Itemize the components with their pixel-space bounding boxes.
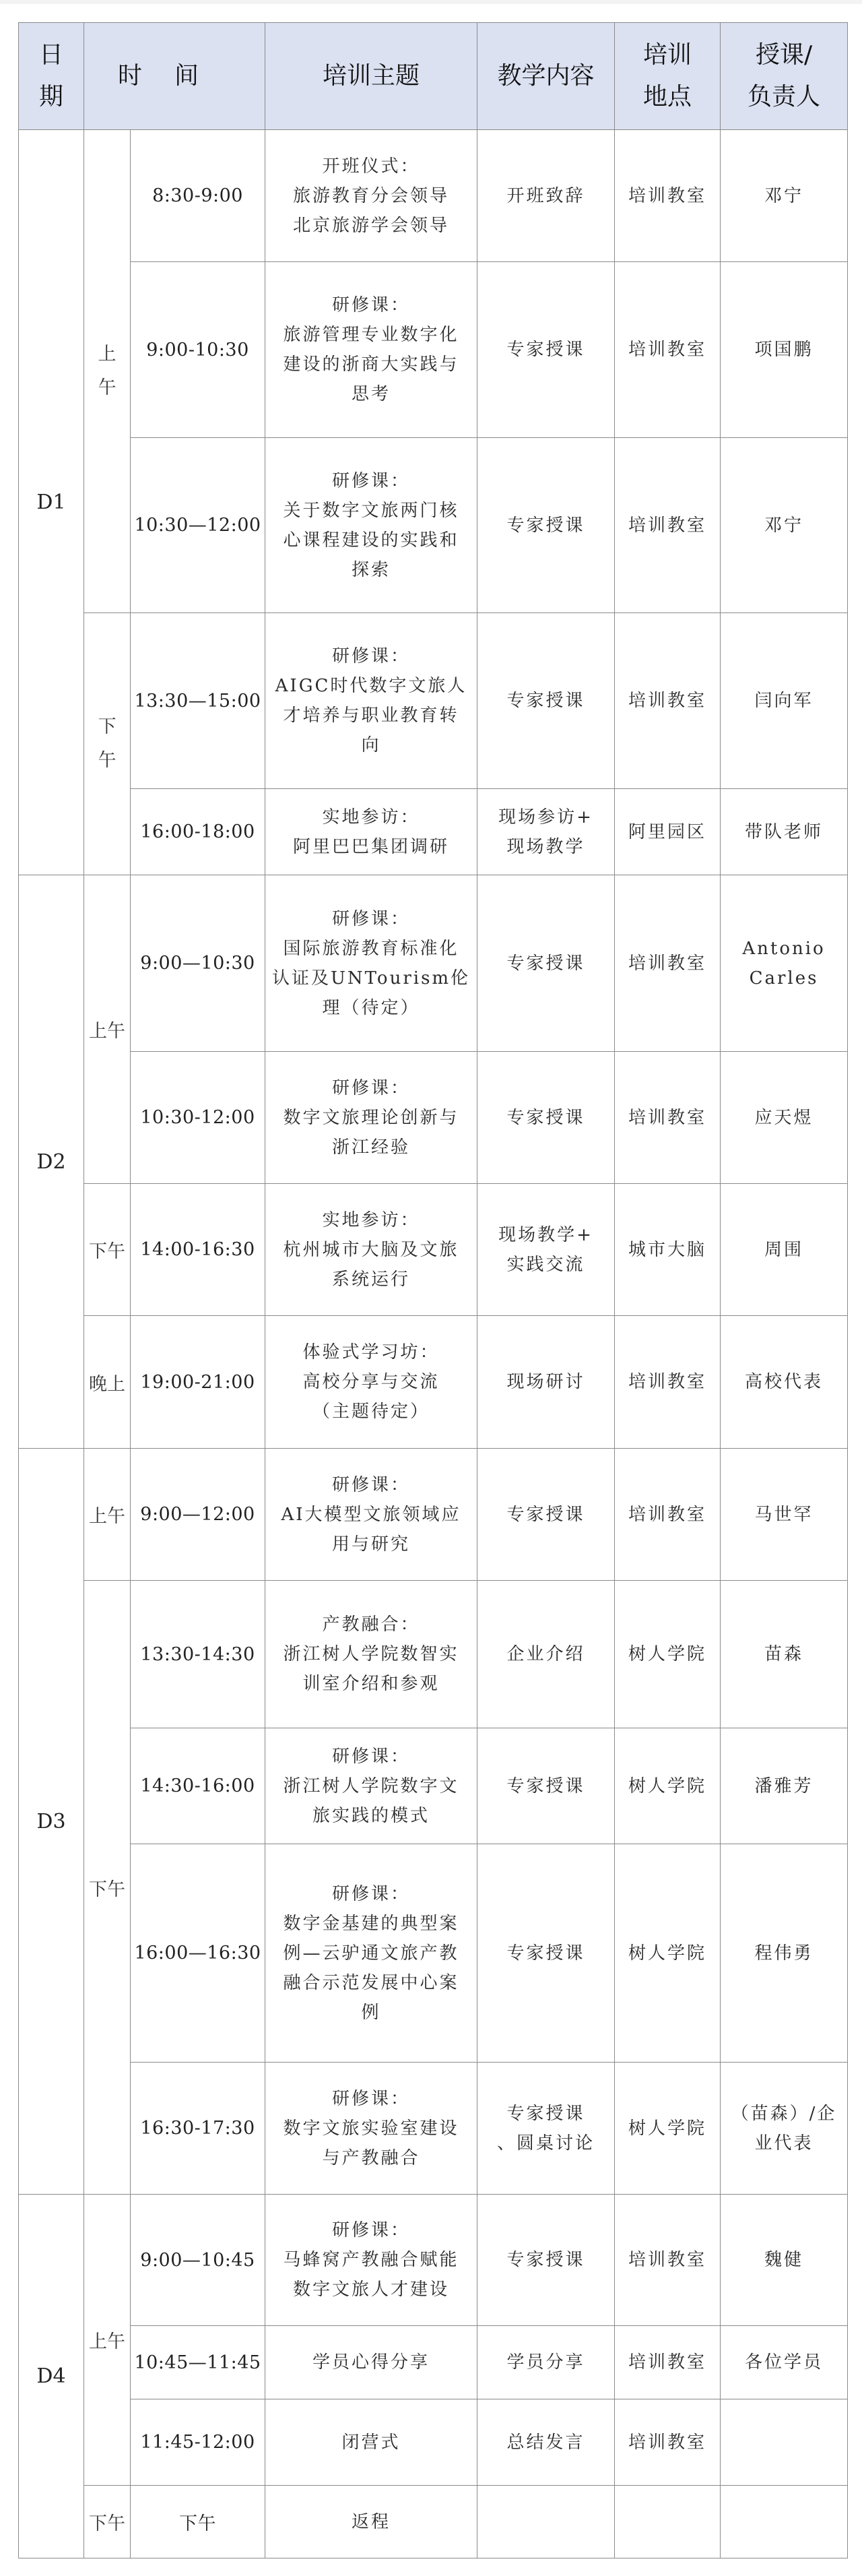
location-cell: 培训教室 <box>615 875 721 1052</box>
topic-cell: 体验式学习坊：高校分享与交流（主题待定） <box>265 1316 477 1449</box>
period-label: 上午 <box>84 2327 130 2353</box>
person-cell: 邓宁 <box>721 438 848 613</box>
person-line: 项国鹏 <box>721 335 847 365</box>
topic-line: 浙江经验 <box>265 1133 477 1162</box>
topic-line: AI大模型文旅领域应 <box>265 1500 477 1530</box>
topic-line: 研修课： <box>265 1073 477 1103</box>
content-cell: 专家授课 <box>477 613 615 789</box>
person-cell: 程伟勇 <box>721 1844 848 2063</box>
location-cell: 培训教室 <box>615 613 721 789</box>
location-line: 树人学院 <box>615 1771 720 1801</box>
time-cell: 10:45—11:45 <box>131 2326 265 2399</box>
topic-line: 开班仪式： <box>265 152 477 181</box>
topic-cell: 研修课：AIGC时代数字文旅人才培养与职业教育转向 <box>265 613 477 789</box>
content-line: 专家授课 <box>477 511 614 540</box>
location-line: 城市大脑 <box>615 1235 720 1265</box>
location-cell: 培训教室 <box>615 262 721 438</box>
table-row: 10:30—12:00研修课：关于数字文旅两门核心课程建设的实践和探索专家授课培… <box>19 438 848 613</box>
location-cell: 培训教室 <box>615 1052 721 1184</box>
topic-line: 研修课： <box>265 290 477 320</box>
table-row: D2上午9:00—10:30研修课：国际旅游教育标准化认证及UNTourism伦… <box>19 875 848 1052</box>
topic-line: 产教融合： <box>265 1610 477 1639</box>
content-cell: 现场参访+现场教学 <box>477 789 615 875</box>
table-row: D4上午9:00—10:45研修课：马蜂窝产教融合赋能数字文旅人才建设专家授课培… <box>19 2195 848 2326</box>
period-cell: 晚上 <box>84 1316 131 1449</box>
table-row: D1上午8:30-9:00开班仪式：旅游教育分会领导北京旅游学会领导开班致辞培训… <box>19 130 848 262</box>
header-row: 日 期 时间 培训主题 教学内容 培训 地点 授课/ 负责人 <box>19 23 848 130</box>
table-row: 10:45—11:45学员心得分享学员分享培训教室各位学员 <box>19 2326 848 2399</box>
topic-line: 系统运行 <box>265 1265 477 1294</box>
table-row: 10:30-12:00研修课：数字文旅理论创新与浙江经验专家授课培训教室应天煜 <box>19 1052 848 1184</box>
table-row: 下午14:00-16:30实地参访：杭州城市大脑及文旅系统运行现场教学+实践交流… <box>19 1184 848 1316</box>
table-row: 16:00—16:30研修课：数字金基建的典型案例—云驴通文旅产教融合示范发展中… <box>19 1844 848 2063</box>
content-line: 总结发言 <box>477 2428 614 2457</box>
table-row: D3上午9:00—12:00研修课：AI大模型文旅领域应用与研究专家授课培训教室… <box>19 1449 848 1581</box>
location-cell: 培训教室 <box>615 438 721 613</box>
content-line: 专家授课 <box>477 1771 614 1801</box>
content-cell: 专家授课 <box>477 1052 615 1184</box>
topic-line: 数字文旅理论创新与 <box>265 1103 477 1133</box>
table-row: 晚上19:00-21:00体验式学习坊：高校分享与交流（主题待定）现场研讨培训教… <box>19 1316 848 1449</box>
table-body: D1上午8:30-9:00开班仪式：旅游教育分会领导北京旅游学会领导开班致辞培训… <box>19 130 848 2558</box>
location-line: 培训教室 <box>615 686 720 716</box>
content-line: 企业介绍 <box>477 1639 614 1669</box>
person-line: Carles <box>721 964 847 993</box>
topic-cell: 研修课：马蜂窝产教融合赋能数字文旅人才建设 <box>265 2195 477 2326</box>
location-line: 树人学院 <box>615 1639 720 1669</box>
content-line: 专家授课 <box>477 2099 614 2129</box>
location-line: 培训教室 <box>615 949 720 978</box>
day-cell: D2 <box>19 875 84 1449</box>
topic-line: 浙江树人学院数字文 <box>265 1771 477 1801</box>
location-cell <box>615 2486 721 2558</box>
time-cell: 16:30-17:30 <box>131 2063 265 2195</box>
period-cell: 下午 <box>84 613 131 875</box>
content-cell: 专家授课 <box>477 262 615 438</box>
topic-cell: 研修课：数字文旅实验室建设与产教融合 <box>265 2063 477 2195</box>
location-line: 培训教室 <box>615 2348 720 2377</box>
location-line: 培训教室 <box>615 1367 720 1397</box>
period-label: 午 <box>84 371 130 405</box>
person-line: 各位学员 <box>721 2348 847 2377</box>
period-cell: 上午 <box>84 1449 131 1581</box>
topic-line: 研修课： <box>265 1742 477 1771</box>
location-cell: 培训教室 <box>615 1316 721 1449</box>
content-line: 专家授课 <box>477 1939 614 1968</box>
header-date-line: 日 <box>39 34 63 76</box>
header-person-line: 授课/ <box>748 34 820 76</box>
content-cell: 专家授课、圆桌讨论 <box>477 2063 615 2195</box>
topic-line: 北京旅游学会领导 <box>265 211 477 241</box>
topic-line: 数字文旅实验室建设 <box>265 2114 477 2143</box>
person-line: 邓宁 <box>721 181 847 211</box>
time-cell: 9:00—10:30 <box>131 875 265 1052</box>
person-line: 应天煜 <box>721 1103 847 1133</box>
topic-line: 关于数字文旅两门核 <box>265 496 477 526</box>
training-schedule-table: 日 期 时间 培训主题 教学内容 培训 地点 授课/ 负责人 D1上午8:30-… <box>18 22 848 2558</box>
location-line: 培训教室 <box>615 1103 720 1133</box>
topic-cell: 产教融合：浙江树人学院数智实训室介绍和参观 <box>265 1581 477 1728</box>
topic-line: 数字金基建的典型案 <box>265 1909 477 1939</box>
topic-line: 浙江树人学院数智实 <box>265 1639 477 1669</box>
person-cell: 高校代表 <box>721 1316 848 1449</box>
topic-line: 体验式学习坊： <box>265 1338 477 1367</box>
topic-line: 例 <box>265 1998 477 2028</box>
topic-line: 学员心得分享 <box>265 2348 477 2377</box>
location-line: 培训教室 <box>615 335 720 365</box>
content-cell: 现场教学+实践交流 <box>477 1184 615 1316</box>
location-cell: 树人学院 <box>615 1728 721 1844</box>
time-cell: 19:00-21:00 <box>131 1316 265 1449</box>
time-cell: 10:30—12:00 <box>131 438 265 613</box>
person-cell: 魏健 <box>721 2195 848 2326</box>
person-line: 闫向军 <box>721 686 847 716</box>
person-cell <box>721 2486 848 2558</box>
header-person-line: 负责人 <box>748 76 820 118</box>
person-line: 周围 <box>721 1235 847 1265</box>
person-cell: 应天煜 <box>721 1052 848 1184</box>
header-date: 日 期 <box>19 23 84 130</box>
topic-cell: 研修课：浙江树人学院数字文旅实践的模式 <box>265 1728 477 1844</box>
table-row: 下午13:30-14:30产教融合：浙江树人学院数智实训室介绍和参观企业介绍树人… <box>19 1581 848 1728</box>
topic-cell: 研修课：关于数字文旅两门核心课程建设的实践和探索 <box>265 438 477 613</box>
person-line: 邓宁 <box>721 511 847 540</box>
location-cell: 培训教室 <box>615 2399 721 2486</box>
table-row: 16:00-18:00实地参访：阿里巴巴集团调研现场参访+现场教学阿里园区带队老… <box>19 789 848 875</box>
topic-line: 研修课： <box>265 2216 477 2245</box>
topic-line: 旅游教育分会领导 <box>265 181 477 211</box>
location-cell: 培训教室 <box>615 1449 721 1581</box>
content-cell: 企业介绍 <box>477 1581 615 1728</box>
person-line: 苗森 <box>721 1639 847 1669</box>
topic-line: 国际旅游教育标准化 <box>265 934 477 964</box>
top-edge-strip <box>0 0 862 4</box>
table-row: 下午13:30—15:00研修课：AIGC时代数字文旅人才培养与职业教育转向专家… <box>19 613 848 789</box>
topic-line: AIGC时代数字文旅人 <box>265 671 477 701</box>
content-line: 现场参访+ <box>477 803 614 832</box>
period-cell: 下午 <box>84 1581 131 2195</box>
day-cell: D4 <box>19 2195 84 2558</box>
period-cell: 下午 <box>84 2486 131 2558</box>
table-row: 9:00-10:30研修课：旅游管理专业数字化建设的浙商大实践与思考专家授课培训… <box>19 262 848 438</box>
content-line: 专家授课 <box>477 335 614 365</box>
topic-cell: 研修课：数字金基建的典型案例—云驴通文旅产教融合示范发展中心案例 <box>265 1844 477 2063</box>
period-label: 下 <box>84 710 130 744</box>
topic-line: 旅实践的模式 <box>265 1801 477 1831</box>
period-label: 下午 <box>84 1875 130 1901</box>
topic-line: 研修课： <box>265 641 477 671</box>
content-line: 、圆桌讨论 <box>477 2129 614 2158</box>
person-cell: 各位学员 <box>721 2326 848 2399</box>
topic-line: （主题待定） <box>265 1397 477 1426</box>
person-line: 马世罕 <box>721 1500 847 1530</box>
person-cell: 潘雅芳 <box>721 1728 848 1844</box>
content-line: 开班致辞 <box>477 181 614 211</box>
person-line: 魏健 <box>721 2245 847 2275</box>
topic-cell: 闭营式 <box>265 2399 477 2486</box>
topic-line: 杭州城市大脑及文旅 <box>265 1235 477 1265</box>
person-cell: 苗森 <box>721 1581 848 1728</box>
location-cell: 城市大脑 <box>615 1184 721 1316</box>
person-line: （苗森）/企 <box>721 2099 847 2129</box>
person-cell: 带队老师 <box>721 789 848 875</box>
period-label: 上午 <box>84 1016 130 1042</box>
topic-line: 研修课： <box>265 904 477 934</box>
location-line: 培训教室 <box>615 511 720 540</box>
topic-line: 理（待定） <box>265 993 477 1023</box>
topic-cell: 研修课：AI大模型文旅领域应用与研究 <box>265 1449 477 1581</box>
content-cell: 专家授课 <box>477 875 615 1052</box>
topic-line: 研修课： <box>265 2084 477 2114</box>
topic-line: 向 <box>265 730 477 760</box>
time-cell: 8:30-9:00 <box>131 130 265 262</box>
topic-line: 才培养与职业教育转 <box>265 701 477 730</box>
topic-line: 闭营式 <box>265 2428 477 2457</box>
table-row: 下午下午返程 <box>19 2486 848 2558</box>
person-cell: 闫向军 <box>721 613 848 789</box>
content-line: 专家授课 <box>477 1500 614 1530</box>
time-cell: 11:45-12:00 <box>131 2399 265 2486</box>
table-row: 16:30-17:30研修课：数字文旅实验室建设与产教融合专家授课、圆桌讨论树人… <box>19 2063 848 2195</box>
time-cell: 下午 <box>131 2486 265 2558</box>
header-location-line: 培训 <box>643 34 692 76</box>
content-cell: 专家授课 <box>477 1728 615 1844</box>
header-location: 培训 地点 <box>615 23 721 130</box>
time-cell: 13:30—15:00 <box>131 613 265 789</box>
location-line: 培训教室 <box>615 2245 720 2275</box>
topic-line: 探索 <box>265 555 477 585</box>
period-cell: 上午 <box>84 2195 131 2486</box>
location-cell: 树人学院 <box>615 1844 721 2063</box>
person-cell: 邓宁 <box>721 130 848 262</box>
person-cell: 马世罕 <box>721 1449 848 1581</box>
topic-line: 数字文旅人才建设 <box>265 2275 477 2304</box>
content-line: 专家授课 <box>477 949 614 978</box>
period-cell: 上午 <box>84 130 131 613</box>
period-label: 上 <box>84 338 130 371</box>
period-label: 下午 <box>84 1236 130 1263</box>
location-line: 树人学院 <box>615 2114 720 2143</box>
topic-cell: 实地参访：阿里巴巴集团调研 <box>265 789 477 875</box>
topic-line: 训室介绍和参观 <box>265 1669 477 1699</box>
topic-line: 融合示范发展中心案 <box>265 1968 477 1998</box>
time-cell: 10:30-12:00 <box>131 1052 265 1184</box>
content-line: 现场研讨 <box>477 1367 614 1397</box>
period-label: 午 <box>84 744 130 778</box>
person-line: Antonio <box>721 934 847 964</box>
topic-line: 建设的浙商大实践与 <box>265 350 477 379</box>
time-cell: 9:00—12:00 <box>131 1449 265 1581</box>
content-cell: 专家授课 <box>477 1844 615 2063</box>
header-topic: 培训主题 <box>265 23 477 130</box>
header-location-line: 地点 <box>643 76 692 118</box>
location-cell: 树人学院 <box>615 2063 721 2195</box>
location-line: 培训教室 <box>615 2428 720 2457</box>
time-cell: 16:00-18:00 <box>131 789 265 875</box>
topic-line: 心课程建设的实践和 <box>265 526 477 555</box>
time-cell: 14:30-16:00 <box>131 1728 265 1844</box>
period-label: 下午 <box>84 2509 130 2535</box>
topic-line: 认证及UNTourism伦 <box>265 964 477 993</box>
time-cell: 14:00-16:30 <box>131 1184 265 1316</box>
header-date-line: 期 <box>39 76 63 118</box>
content-cell: 现场研讨 <box>477 1316 615 1449</box>
period-label: 上午 <box>84 1501 130 1528</box>
time-cell: 9:00—10:45 <box>131 2195 265 2326</box>
time-cell: 16:00—16:30 <box>131 1844 265 2063</box>
topic-line: 旅游管理专业数字化 <box>265 320 477 350</box>
content-line: 专家授课 <box>477 686 614 716</box>
person-line: 潘雅芳 <box>721 1771 847 1801</box>
topic-line: 实地参访： <box>265 803 477 832</box>
person-line: 程伟勇 <box>721 1939 847 1968</box>
location-line: 培训教室 <box>615 181 720 211</box>
topic-cell: 研修课：国际旅游教育标准化认证及UNTourism伦理（待定） <box>265 875 477 1052</box>
topic-line: 例—云驴通文旅产教 <box>265 1939 477 1968</box>
content-line: 学员分享 <box>477 2348 614 2377</box>
topic-line: 用与研究 <box>265 1530 477 1559</box>
content-line: 实践交流 <box>477 1250 614 1280</box>
topic-line: 研修课： <box>265 1879 477 1909</box>
content-line: 专家授课 <box>477 1103 614 1133</box>
content-cell: 开班致辞 <box>477 130 615 262</box>
day-cell: D3 <box>19 1449 84 2195</box>
person-cell <box>721 2399 848 2486</box>
header-time: 时间 <box>84 23 265 130</box>
person-line: 高校代表 <box>721 1367 847 1397</box>
location-line: 阿里园区 <box>615 817 720 847</box>
header-content: 教学内容 <box>477 23 615 130</box>
person-line: 带队老师 <box>721 817 847 847</box>
location-cell: 培训教室 <box>615 130 721 262</box>
content-cell: 总结发言 <box>477 2399 615 2486</box>
table-header: 日 期 时间 培训主题 教学内容 培训 地点 授课/ 负责人 <box>19 23 848 130</box>
content-line: 专家授课 <box>477 2245 614 2275</box>
topic-line: 研修课： <box>265 1470 477 1500</box>
location-line: 培训教室 <box>615 1500 720 1530</box>
person-cell: 周围 <box>721 1184 848 1316</box>
time-cell: 9:00-10:30 <box>131 262 265 438</box>
time-cell: 13:30-14:30 <box>131 1581 265 1728</box>
person-cell: AntonioCarles <box>721 875 848 1052</box>
topic-cell: 开班仪式：旅游教育分会领导北京旅游学会领导 <box>265 130 477 262</box>
topic-line: 实地参访： <box>265 1205 477 1235</box>
topic-cell: 返程 <box>265 2486 477 2558</box>
header-person: 授课/ 负责人 <box>721 23 848 130</box>
topic-line: 与产教融合 <box>265 2143 477 2173</box>
period-label: 晚上 <box>84 1369 130 1395</box>
location-cell: 培训教室 <box>615 2326 721 2399</box>
location-line: 树人学院 <box>615 1939 720 1968</box>
topic-line: 高校分享与交流 <box>265 1367 477 1397</box>
content-cell: 专家授课 <box>477 2195 615 2326</box>
topic-cell: 研修课：旅游管理专业数字化建设的浙商大实践与思考 <box>265 262 477 438</box>
person-line: 业代表 <box>721 2129 847 2158</box>
topic-cell: 学员心得分享 <box>265 2326 477 2399</box>
topic-line: 思考 <box>265 379 477 409</box>
content-cell: 学员分享 <box>477 2326 615 2399</box>
person-cell: （苗森）/企业代表 <box>721 2063 848 2195</box>
content-cell: 专家授课 <box>477 1449 615 1581</box>
location-cell: 阿里园区 <box>615 789 721 875</box>
table-row: 11:45-12:00闭营式总结发言培训教室 <box>19 2399 848 2486</box>
content-line: 现场教学 <box>477 832 614 862</box>
content-line: 现场教学+ <box>477 1220 614 1250</box>
content-cell <box>477 2486 615 2558</box>
period-cell: 下午 <box>84 1184 131 1316</box>
period-cell: 上午 <box>84 875 131 1184</box>
content-cell: 专家授课 <box>477 438 615 613</box>
location-cell: 树人学院 <box>615 1581 721 1728</box>
location-cell: 培训教室 <box>615 2195 721 2326</box>
day-cell: D1 <box>19 130 84 875</box>
table-row: 14:30-16:00研修课：浙江树人学院数字文旅实践的模式专家授课树人学院潘雅… <box>19 1728 848 1844</box>
topic-line: 马蜂窝产教融合赋能 <box>265 2245 477 2275</box>
topic-cell: 研修课：数字文旅理论创新与浙江经验 <box>265 1052 477 1184</box>
topic-line: 阿里巴巴集团调研 <box>265 832 477 862</box>
person-cell: 项国鹏 <box>721 262 848 438</box>
topic-cell: 实地参访：杭州城市大脑及文旅系统运行 <box>265 1184 477 1316</box>
topic-line: 研修课： <box>265 466 477 496</box>
topic-line: 返程 <box>265 2507 477 2537</box>
